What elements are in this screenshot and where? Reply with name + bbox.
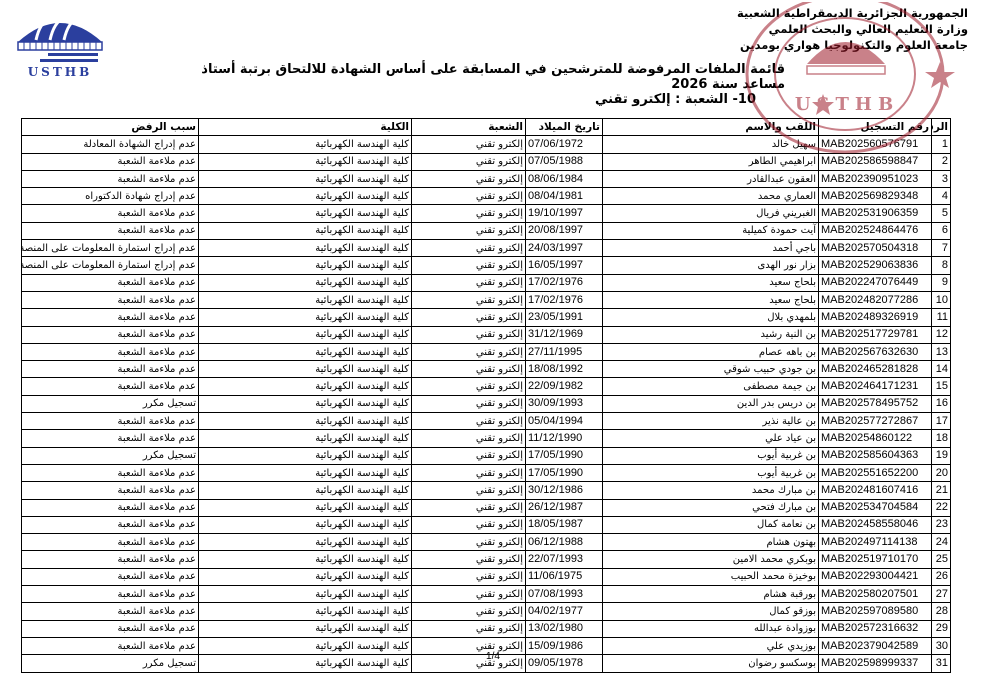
cell-dob: 27/11/1995	[526, 343, 603, 360]
cell-dob: 18/05/1987	[526, 516, 603, 533]
table-row: 21MAB202481607416بن مبارك محمد30/12/1986…	[22, 482, 951, 499]
cell-num: 24	[932, 534, 951, 551]
cell-reason: عدم ملاءمة الشعبة	[22, 568, 199, 585]
header-branch: الشعبة	[412, 119, 526, 136]
cell-name: بلحاج سعيد	[603, 291, 819, 308]
cell-reason: عدم ملاءمة الشعبة	[22, 378, 199, 395]
cell-name: بوخيزة محمد الحبيب	[603, 568, 819, 585]
table-row: 27MAB202580207501بورقبة هشام07/08/1993إل…	[22, 586, 951, 603]
cell-branch: إلكترو تقني	[412, 309, 526, 326]
cell-name: بن نعامة كمال	[603, 516, 819, 533]
cell-reason: عدم ملاءمة الشعبة	[22, 464, 199, 481]
cell-dob: 11/06/1975	[526, 568, 603, 585]
cell-branch: إلكترو تقني	[412, 240, 526, 257]
branch-subtitle: 10- الشعبة : إلكترو تقني	[595, 92, 756, 107]
cell-reason: عدم ملاءمة الشعبة	[22, 153, 199, 170]
cell-reg: MAB202570504318	[819, 240, 932, 257]
cell-reason: عدم إدراج شهادة الدكتوراه	[22, 188, 199, 205]
header-line-university: جامعة العلوم والتكنولوجيا هواري بومدين	[737, 37, 968, 53]
cell-reason: عدم ملاءمة الشعبة	[22, 551, 199, 568]
cell-dob: 18/08/1992	[526, 361, 603, 378]
cell-reason: عدم ملاءمة الشعبة	[22, 430, 199, 447]
cell-faculty: كلية الهندسة الكهربائية	[199, 170, 412, 187]
cell-branch: إلكترو تقني	[412, 326, 526, 343]
cell-dob: 22/07/1993	[526, 551, 603, 568]
cell-name: آيت حمودة كميلية	[603, 222, 819, 239]
cell-reason: عدم ملاءمة الشعبة	[22, 291, 199, 308]
cell-num: 21	[932, 482, 951, 499]
cell-reason: عدم ملاءمة الشعبة	[22, 309, 199, 326]
cell-dob: 11/12/1990	[526, 430, 603, 447]
cell-faculty: كلية الهندسة الكهربائية	[199, 257, 412, 274]
cell-faculty: كلية الهندسة الكهربائية	[199, 447, 412, 464]
cell-dob: 07/08/1993	[526, 586, 603, 603]
cell-reg: MAB202497114138	[819, 534, 932, 551]
cell-dob: 26/12/1987	[526, 499, 603, 516]
cell-name: بن باهه عصام	[603, 343, 819, 360]
cell-num: 27	[932, 586, 951, 603]
cell-faculty: كلية الهندسة الكهربائية	[199, 413, 412, 430]
cell-reg: MAB202517729781	[819, 326, 932, 343]
university-logo: USTHB	[10, 10, 110, 80]
rejected-candidates-table: الرقم رقم التسجيل اللقب والاسم تاريخ الم…	[21, 118, 951, 673]
cell-dob: 23/05/1991	[526, 309, 603, 326]
table-row: 9MAB202247076449بلحاج سعيد17/02/1976إلكت…	[22, 274, 951, 291]
cell-dob: 04/02/1977	[526, 603, 603, 620]
cell-reason: عدم ملاءمة الشعبة	[22, 534, 199, 551]
cell-num: 17	[932, 413, 951, 430]
table-row: 10MAB202482077286بلحاج سعيد17/02/1976إلك…	[22, 291, 951, 308]
cell-faculty: كلية الهندسة الكهربائية	[199, 222, 412, 239]
cell-dob: 07/05/1988	[526, 153, 603, 170]
cell-name: بن عالية نذير	[603, 413, 819, 430]
cell-branch: إلكترو تقني	[412, 534, 526, 551]
cell-dob: 30/09/1993	[526, 395, 603, 412]
cell-branch: إلكترو تقني	[412, 343, 526, 360]
cell-faculty: كلية الهندسة الكهربائية	[199, 205, 412, 222]
cell-name: بن عياد علي	[603, 430, 819, 447]
cell-name: العماري محمد	[603, 188, 819, 205]
cell-reg: MAB202597089580	[819, 603, 932, 620]
cell-reg: MAB202567632630	[819, 343, 932, 360]
cell-name: بن جودي حبيب شوقي	[603, 361, 819, 378]
cell-dob: 06/12/1988	[526, 534, 603, 551]
cell-num: 2	[932, 153, 951, 170]
cell-reason: عدم ملاءمة الشعبة	[22, 222, 199, 239]
table-row: 4MAB202569829348العماري محمد08/04/1981إل…	[22, 188, 951, 205]
cell-branch: إلكترو تقني	[412, 136, 526, 153]
cell-reg: MAB202489326919	[819, 309, 932, 326]
cell-branch: إلكترو تقني	[412, 464, 526, 481]
cell-faculty: كلية الهندسة الكهربائية	[199, 516, 412, 533]
cell-dob: 20/08/1997	[526, 222, 603, 239]
table-row: 3MAB202390951023العقون عبدالقادر08/06/19…	[22, 170, 951, 187]
cell-name: بن دريس بدر الدين	[603, 395, 819, 412]
cell-faculty: كلية الهندسة الكهربائية	[199, 361, 412, 378]
cell-reg: MAB202585604363	[819, 447, 932, 464]
cell-reason: عدم إدراج استمارة المعلومات على المنصة	[22, 240, 199, 257]
table-row: 8MAB202529063836بزار نور الهدى16/05/1997…	[22, 257, 951, 274]
cell-name: باجي أحمد	[603, 240, 819, 257]
cell-dob: 17/05/1990	[526, 464, 603, 481]
cell-dob: 07/06/1972	[526, 136, 603, 153]
cell-dob: 31/12/1969	[526, 326, 603, 343]
cell-num: 16	[932, 395, 951, 412]
table-row: 14MAB202465281828بن جودي حبيب شوقي18/08/…	[22, 361, 951, 378]
cell-faculty: كلية الهندسة الكهربائية	[199, 551, 412, 568]
document-title: قائمة الملفات المرفوضة للمترشحين في المس…	[200, 62, 785, 92]
cell-branch: إلكترو تقني	[412, 620, 526, 637]
cell-num: 4	[932, 188, 951, 205]
header-reason: سبب الرفض	[22, 119, 199, 136]
cell-reason: عدم ملاءمة الشعبة	[22, 586, 199, 603]
cell-num: 3	[932, 170, 951, 187]
cell-name: العقون عبدالقادر	[603, 170, 819, 187]
cell-reg: MAB202586598847	[819, 153, 932, 170]
cell-reason: عدم ملاءمة الشعبة	[22, 205, 199, 222]
cell-dob: 16/05/1997	[526, 257, 603, 274]
cell-faculty: كلية الهندسة الكهربائية	[199, 343, 412, 360]
cell-branch: إلكترو تقني	[412, 603, 526, 620]
cell-reg: MAB202569829348	[819, 188, 932, 205]
cell-reg: MAB202551652200	[819, 464, 932, 481]
cell-reg: MAB202580207501	[819, 586, 932, 603]
cell-num: 29	[932, 620, 951, 637]
table-row: 6MAB202524864476آيت حمودة كميلية20/08/19…	[22, 222, 951, 239]
table-row: 24MAB202497114138بهتون هشام06/12/1988إلك…	[22, 534, 951, 551]
header-faculty: الكلية	[199, 119, 412, 136]
cell-num: 15	[932, 378, 951, 395]
cell-reason: عدم ملاءمة الشعبة	[22, 620, 199, 637]
table-row: 1MAB202560576791سهيل خالد07/06/1972إلكتر…	[22, 136, 951, 153]
cell-reason: عدم ملاءمة الشعبة	[22, 274, 199, 291]
cell-reg: MAB202464171231	[819, 378, 932, 395]
header-name: اللقب والاسم	[603, 119, 819, 136]
header-line-ministry: وزارة التعليم العالي والبحث العلمي	[737, 21, 968, 37]
cell-num: 18	[932, 430, 951, 447]
cell-reg: MAB202481607416	[819, 482, 932, 499]
cell-reg: MAB202577272867	[819, 413, 932, 430]
cell-reg: MAB202390951023	[819, 170, 932, 187]
cell-num: 20	[932, 464, 951, 481]
cell-faculty: كلية الهندسة الكهربائية	[199, 603, 412, 620]
table-row: 17MAB202577272867بن عالية نذير05/04/1994…	[22, 413, 951, 430]
cell-num: 23	[932, 516, 951, 533]
cell-reg: MAB202247076449	[819, 274, 932, 291]
table-row: 13MAB202567632630بن باهه عصام27/11/1995إ…	[22, 343, 951, 360]
cell-dob: 08/06/1984	[526, 170, 603, 187]
table-row: 12MAB202517729781بن النية رشيد31/12/1969…	[22, 326, 951, 343]
usthb-logo-icon: USTHB	[10, 10, 110, 80]
cell-dob: 08/04/1981	[526, 188, 603, 205]
cell-branch: إلكترو تقني	[412, 551, 526, 568]
cell-faculty: كلية الهندسة الكهربائية	[199, 568, 412, 585]
cell-branch: إلكترو تقني	[412, 274, 526, 291]
cell-name: بهتون هشام	[603, 534, 819, 551]
cell-branch: إلكترو تقني	[412, 170, 526, 187]
institution-header: الجمهورية الجزائرية الديمقراطية الشعبية …	[737, 5, 968, 53]
cell-faculty: كلية الهندسة الكهربائية	[199, 326, 412, 343]
cell-name: بلحاج سعيد	[603, 274, 819, 291]
table-row: 20MAB202551652200بن غربية أيوب17/05/1990…	[22, 464, 951, 481]
cell-num: 26	[932, 568, 951, 585]
cell-dob: 05/04/1994	[526, 413, 603, 430]
cell-reg: MAB20254860122	[819, 430, 932, 447]
header-dob: تاريخ الميلاد	[526, 119, 603, 136]
cell-name: بزار نور الهدى	[603, 257, 819, 274]
cell-branch: إلكترو تقني	[412, 257, 526, 274]
cell-dob: 19/10/1997	[526, 205, 603, 222]
cell-reason: عدم ملاءمة الشعبة	[22, 343, 199, 360]
header-line-republic: الجمهورية الجزائرية الديمقراطية الشعبية	[737, 5, 968, 21]
cell-faculty: كلية الهندسة الكهربائية	[199, 309, 412, 326]
cell-name: بوزقو كمال	[603, 603, 819, 620]
cell-branch: إلكترو تقني	[412, 430, 526, 447]
cell-reason: عدم ملاءمة الشعبة	[22, 499, 199, 516]
page-number: 1/4	[0, 651, 986, 662]
cell-reg: MAB202572316632	[819, 620, 932, 637]
svg-text:USTHB: USTHB	[795, 94, 899, 115]
cell-reg: MAB202293004421	[819, 568, 932, 585]
cell-num: 19	[932, 447, 951, 464]
cell-faculty: كلية الهندسة الكهربائية	[199, 586, 412, 603]
cell-num: 22	[932, 499, 951, 516]
cell-dob: 13/02/1980	[526, 620, 603, 637]
cell-reason: عدم ملاءمة الشعبة	[22, 413, 199, 430]
cell-branch: إلكترو تقني	[412, 568, 526, 585]
table-row: 22MAB202534704584بن مبارك فتحي26/12/1987…	[22, 499, 951, 516]
cell-name: بوزوادة عبدالله	[603, 620, 819, 637]
cell-reg: MAB202465281828	[819, 361, 932, 378]
cell-name: بورقبة هشام	[603, 586, 819, 603]
cell-branch: إلكترو تقني	[412, 395, 526, 412]
table-header-row: الرقم رقم التسجيل اللقب والاسم تاريخ الم…	[22, 119, 951, 136]
cell-branch: إلكترو تقني	[412, 482, 526, 499]
cell-num: 10	[932, 291, 951, 308]
cell-dob: 17/05/1990	[526, 447, 603, 464]
cell-faculty: كلية الهندسة الكهربائية	[199, 188, 412, 205]
cell-reg: MAB202534704584	[819, 499, 932, 516]
cell-reg: MAB202458558046	[819, 516, 932, 533]
cell-num: 7	[932, 240, 951, 257]
cell-num: 9	[932, 274, 951, 291]
table-row: 23MAB202458558046بن نعامة كمال18/05/1987…	[22, 516, 951, 533]
cell-num: 11	[932, 309, 951, 326]
cell-name: بن جيمة مصطفى	[603, 378, 819, 395]
cell-reason: عدم ملاءمة الشعبة	[22, 170, 199, 187]
cell-faculty: كلية الهندسة الكهربائية	[199, 499, 412, 516]
cell-branch: إلكترو تقني	[412, 291, 526, 308]
cell-faculty: كلية الهندسة الكهربائية	[199, 240, 412, 257]
cell-branch: إلكترو تقني	[412, 447, 526, 464]
cell-num: 6	[932, 222, 951, 239]
table-row: 16MAB202578495752بن دريس بدر الدين30/09/…	[22, 395, 951, 412]
cell-name: سهيل خالد	[603, 136, 819, 153]
cell-faculty: كلية الهندسة الكهربائية	[199, 620, 412, 637]
cell-faculty: كلية الهندسة الكهربائية	[199, 378, 412, 395]
cell-reason: تسجيل مكرر	[22, 447, 199, 464]
table-row: 25MAB202519710170بوبكري محمد الامين22/07…	[22, 551, 951, 568]
cell-num: 25	[932, 551, 951, 568]
cell-reg: MAB202560576791	[819, 136, 932, 153]
cell-name: بوبكري محمد الامين	[603, 551, 819, 568]
cell-num: 8	[932, 257, 951, 274]
cell-num: 28	[932, 603, 951, 620]
table-row: 29MAB202572316632بوزوادة عبدالله13/02/19…	[22, 620, 951, 637]
cell-name: الغبريني فريال	[603, 205, 819, 222]
cell-name: بن النية رشيد	[603, 326, 819, 343]
svg-text:USTHB: USTHB	[28, 65, 93, 79]
cell-reg: MAB202578495752	[819, 395, 932, 412]
cell-branch: إلكترو تقني	[412, 222, 526, 239]
cell-branch: إلكترو تقني	[412, 205, 526, 222]
cell-name: ابراهيمي الطاهر	[603, 153, 819, 170]
cell-branch: إلكترو تقني	[412, 361, 526, 378]
cell-num: 12	[932, 326, 951, 343]
table-row: 28MAB202597089580بوزقو كمال04/02/1977إلك…	[22, 603, 951, 620]
cell-reg: MAB202519710170	[819, 551, 932, 568]
cell-reg: MAB202529063836	[819, 257, 932, 274]
cell-faculty: كلية الهندسة الكهربائية	[199, 482, 412, 499]
cell-branch: إلكترو تقني	[412, 188, 526, 205]
cell-faculty: كلية الهندسة الكهربائية	[199, 430, 412, 447]
cell-num: 14	[932, 361, 951, 378]
cell-faculty: كلية الهندسة الكهربائية	[199, 153, 412, 170]
table-row: 11MAB202489326919بلمهدي بلال23/05/1991إل…	[22, 309, 951, 326]
cell-reason: عدم إدراج الشهادة المعادلة	[22, 136, 199, 153]
cell-num: 13	[932, 343, 951, 360]
cell-reason: عدم ملاءمة الشعبة	[22, 361, 199, 378]
cell-reason: عدم ملاءمة الشعبة	[22, 516, 199, 533]
cell-reg: MAB202531906359	[819, 205, 932, 222]
cell-branch: إلكترو تقني	[412, 153, 526, 170]
table-row: 18MAB20254860122بن عياد علي11/12/1990إلك…	[22, 430, 951, 447]
cell-dob: 17/02/1976	[526, 274, 603, 291]
cell-name: بن غربية أيوب	[603, 447, 819, 464]
table-row: 2MAB202586598847ابراهيمي الطاهر07/05/198…	[22, 153, 951, 170]
header-reg: رقم التسجيل	[819, 119, 932, 136]
cell-name: بن مبارك فتحي	[603, 499, 819, 516]
cell-name: بن غربية أيوب	[603, 464, 819, 481]
cell-dob: 30/12/1986	[526, 482, 603, 499]
cell-branch: إلكترو تقني	[412, 499, 526, 516]
cell-num: 5	[932, 205, 951, 222]
cell-name: بلمهدي بلال	[603, 309, 819, 326]
table-row: 26MAB202293004421بوخيزة محمد الحبيب11/06…	[22, 568, 951, 585]
table-row: 5MAB202531906359الغبريني فريال19/10/1997…	[22, 205, 951, 222]
cell-faculty: كلية الهندسة الكهربائية	[199, 395, 412, 412]
cell-faculty: كلية الهندسة الكهربائية	[199, 291, 412, 308]
cell-reason: عدم ملاءمة الشعبة	[22, 603, 199, 620]
table-body: 1MAB202560576791سهيل خالد07/06/1972إلكتر…	[22, 136, 951, 672]
cell-faculty: كلية الهندسة الكهربائية	[199, 534, 412, 551]
cell-reason: عدم ملاءمة الشعبة	[22, 326, 199, 343]
cell-dob: 17/02/1976	[526, 291, 603, 308]
cell-dob: 24/03/1997	[526, 240, 603, 257]
cell-faculty: كلية الهندسة الكهربائية	[199, 464, 412, 481]
cell-reason: عدم ملاءمة الشعبة	[22, 482, 199, 499]
cell-reg: MAB202482077286	[819, 291, 932, 308]
cell-faculty: كلية الهندسة الكهربائية	[199, 274, 412, 291]
cell-branch: إلكترو تقني	[412, 378, 526, 395]
header-num: الرقم	[932, 119, 951, 136]
table-row: 15MAB202464171231بن جيمة مصطفى22/09/1982…	[22, 378, 951, 395]
cell-name: بن مبارك محمد	[603, 482, 819, 499]
cell-branch: إلكترو تقني	[412, 516, 526, 533]
cell-reason: تسجيل مكرر	[22, 395, 199, 412]
table-row: 19MAB202585604363بن غربية أيوب17/05/1990…	[22, 447, 951, 464]
table-row: 7MAB202570504318باجي أحمد24/03/1997إلكتر…	[22, 240, 951, 257]
cell-num: 1	[932, 136, 951, 153]
cell-reason: عدم إدراج استمارة المعلومات على المنصة	[22, 257, 199, 274]
cell-faculty: كلية الهندسة الكهربائية	[199, 136, 412, 153]
cell-dob: 22/09/1982	[526, 378, 603, 395]
cell-branch: إلكترو تقني	[412, 586, 526, 603]
cell-reg: MAB202524864476	[819, 222, 932, 239]
cell-branch: إلكترو تقني	[412, 413, 526, 430]
